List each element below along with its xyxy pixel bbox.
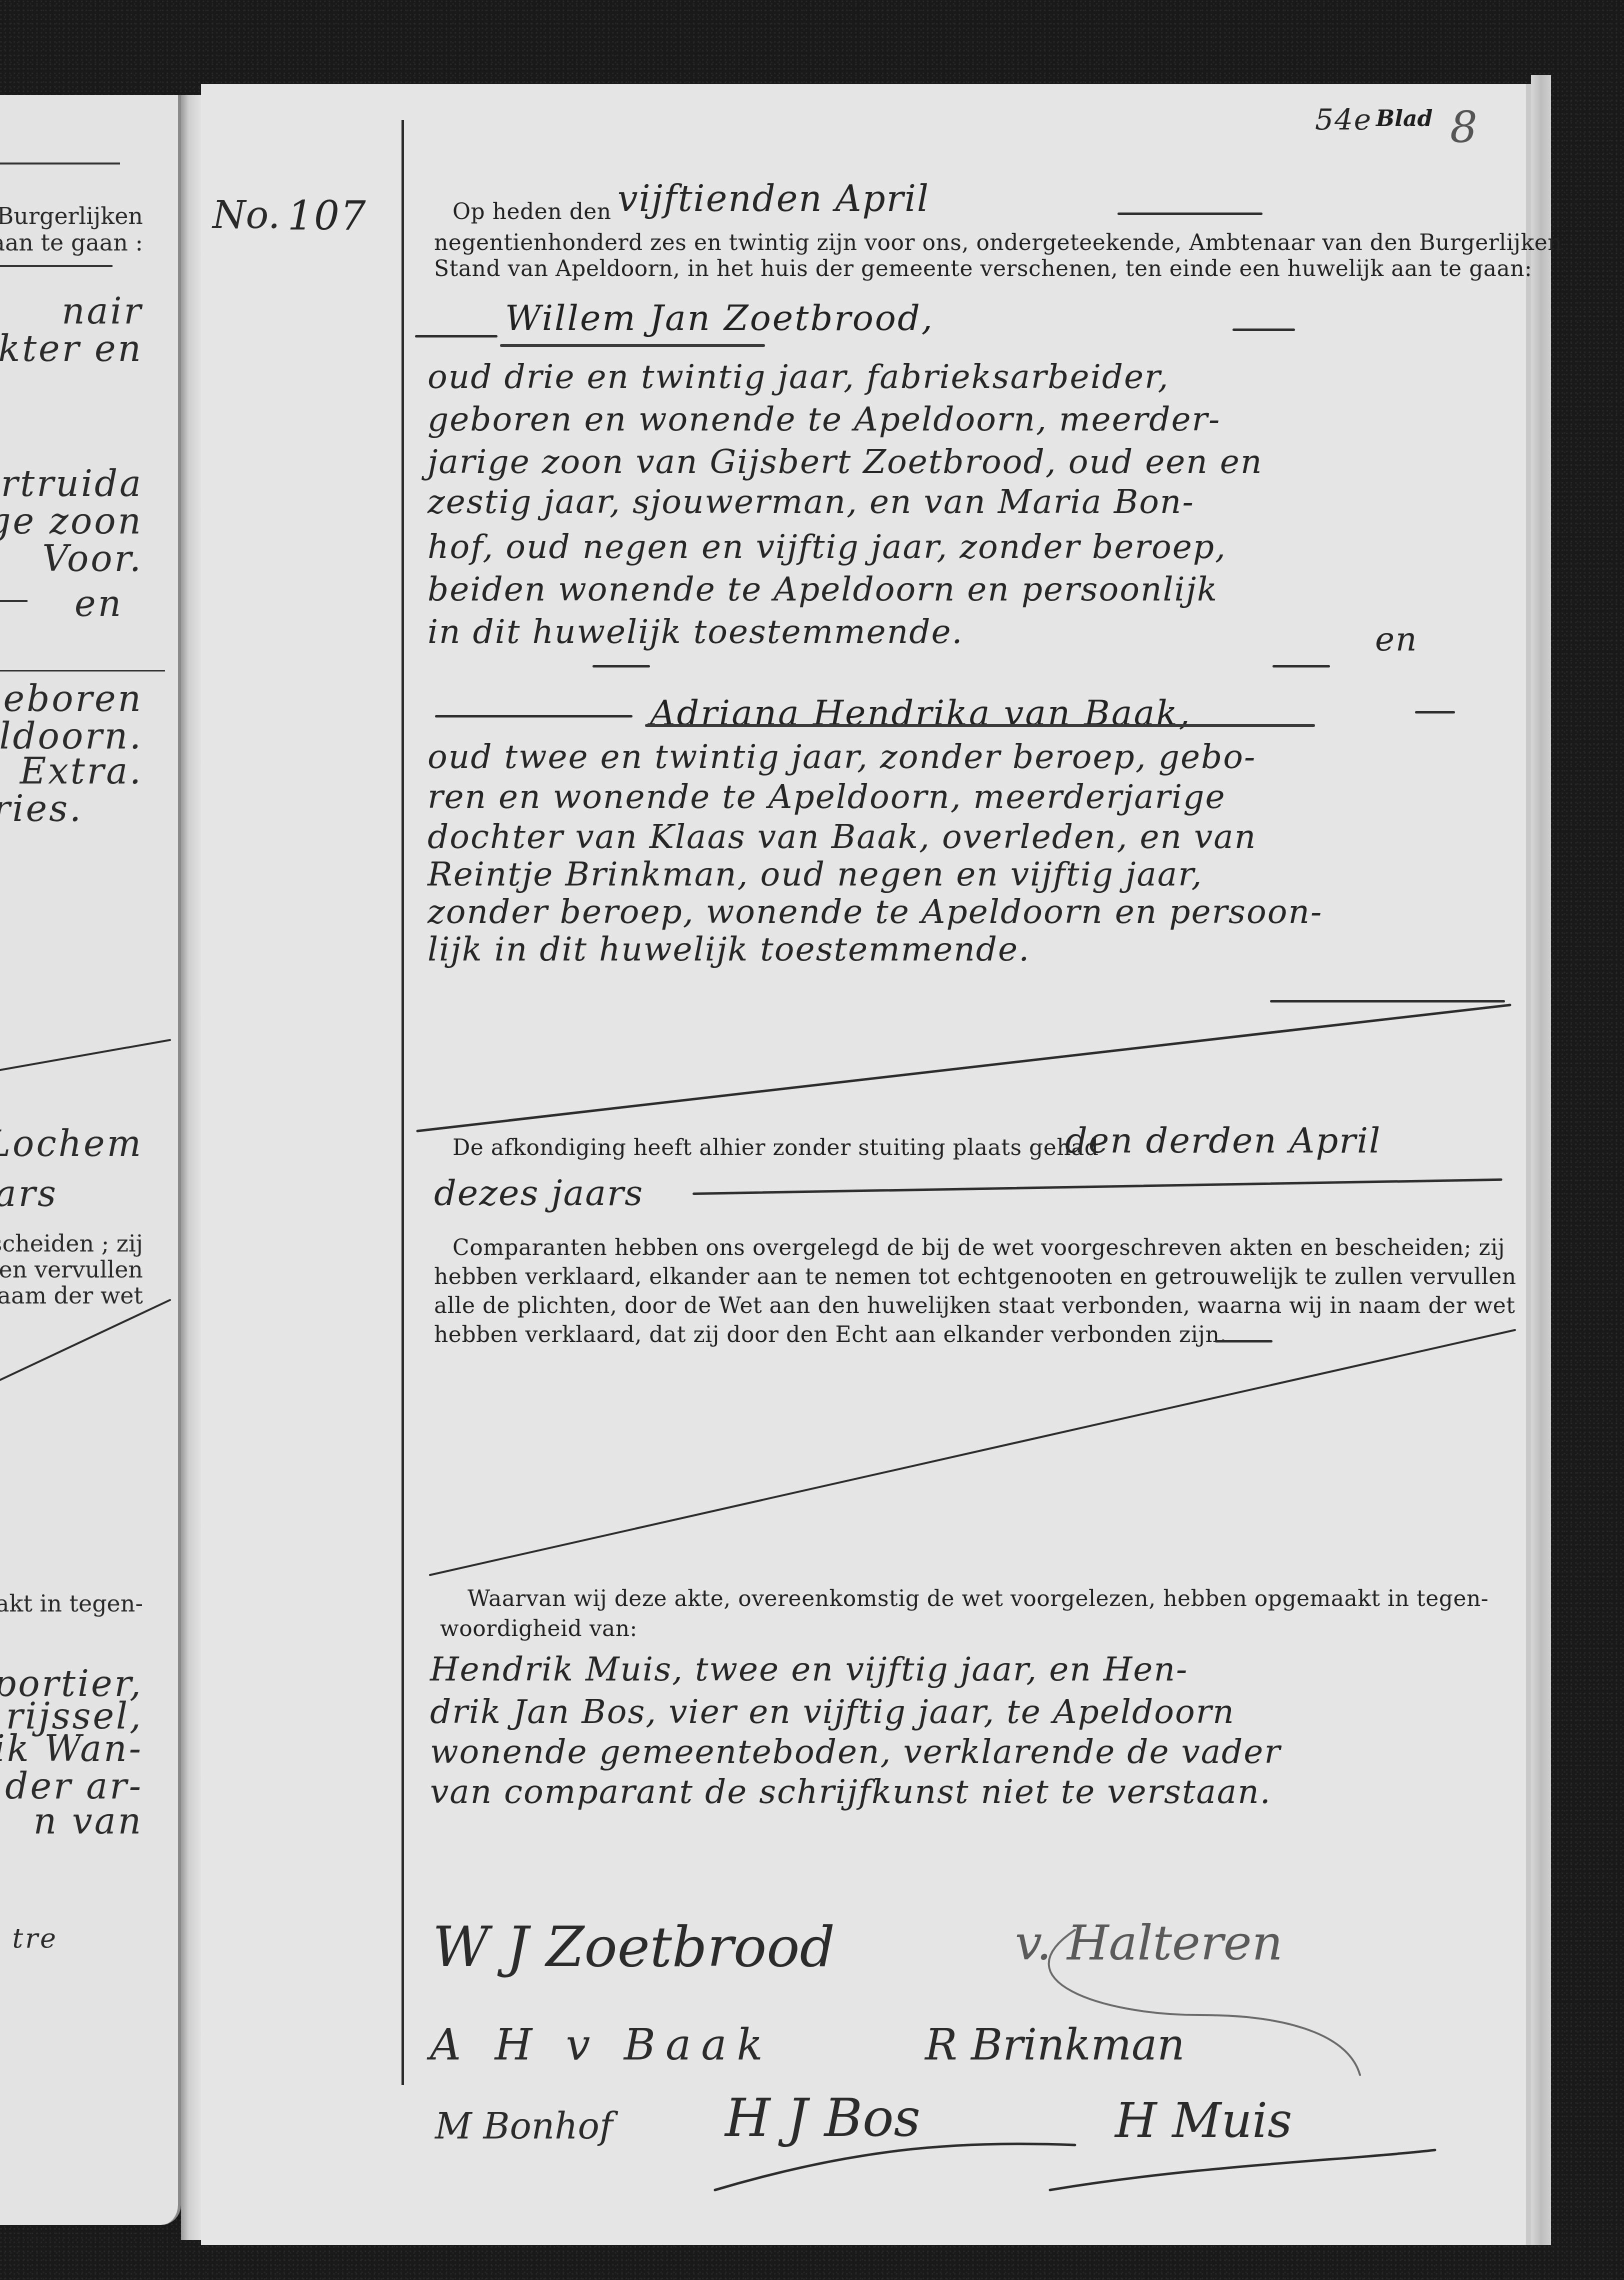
left-hand-fragment: nair bbox=[61, 290, 143, 332]
witness-details: van comparant de schrijfkunst niet te ve… bbox=[430, 1772, 1271, 1811]
record-number: 107 bbox=[287, 192, 367, 239]
signature-groom: W J Zoetbrood bbox=[432, 1915, 835, 1979]
bride-details: Reintje Brinkman, oud negen en vijftig j… bbox=[427, 855, 1202, 893]
left-hand-fragment: ries. bbox=[0, 787, 83, 829]
bride-details: oud twee en twintig jaar, zonder beroep,… bbox=[427, 737, 1256, 776]
signature-bride-mother: R Brinkman bbox=[925, 2020, 1185, 2070]
groom-details: geboren en wonende te Apeldoorn, meerder… bbox=[427, 400, 1220, 438]
divider bbox=[0, 600, 27, 602]
left-hand-fragment: ige zoon bbox=[0, 500, 143, 542]
left-print-fragment: aakt in tegen- bbox=[0, 1590, 143, 1617]
groom-details: oud drie en twintig jaar, fabrieksarbeid… bbox=[427, 357, 1169, 396]
signature-bride: A H v Baak bbox=[430, 2020, 773, 2070]
fill-line bbox=[1270, 1000, 1505, 1002]
groom-details: in dit huwelijk toestemmende. bbox=[427, 612, 963, 651]
bride-details: zonder beroep, wonende te Apeldoorn en p… bbox=[427, 892, 1322, 931]
witness-intro: Waarvan wij deze akte, overeenkomstig de… bbox=[467, 1586, 1488, 1611]
left-hand-fragment: ertruida bbox=[0, 462, 143, 504]
page-label: Blad bbox=[1376, 106, 1432, 131]
intro-text: Stand van Apeldoorn, in het huis der gem… bbox=[434, 256, 1532, 281]
left-print-fragment: llen vervullen bbox=[0, 1256, 143, 1283]
left-hand-fragment: n van bbox=[33, 1800, 143, 1842]
intro-text: Op heden den bbox=[452, 199, 611, 224]
left-print-fragment: bescheiden ; zij bbox=[0, 1230, 143, 1257]
declaration-text: hebben verklaard, elkander aan te nemen … bbox=[434, 1264, 1516, 1289]
left-hand-fragment: ars bbox=[0, 1172, 58, 1214]
book-spine bbox=[181, 95, 201, 2240]
left-hand-fragment: tre bbox=[12, 1922, 58, 1954]
left-hand-fragment: rik Wan- bbox=[0, 1727, 143, 1769]
left-print-fragment: naam der wet bbox=[0, 1282, 143, 1309]
declaration-text: alle de plichten, door de Wet aan den hu… bbox=[434, 1293, 1515, 1318]
fill-line bbox=[1117, 212, 1262, 215]
margin-rule bbox=[401, 120, 404, 2085]
page-edges bbox=[1531, 75, 1551, 2245]
record-number-label: No. bbox=[212, 192, 280, 237]
marriage-date: vijftienden April bbox=[617, 177, 929, 219]
divider bbox=[0, 265, 112, 267]
signature-official: v. Halteren bbox=[1015, 1915, 1282, 1971]
left-print-fragment: n Burgerlijken bbox=[0, 202, 143, 229]
witness-intro: woordigheid van: bbox=[440, 1616, 637, 1641]
bride-details: ren en wonende te Apeldoorn, meerderjari… bbox=[427, 777, 1226, 816]
fill-line bbox=[1272, 665, 1330, 667]
intro-text: negentienhonderd zes en twintig zijn voo… bbox=[434, 230, 1562, 255]
divider bbox=[0, 670, 165, 671]
groom-name: Willem Jan Zoetbrood, bbox=[505, 297, 934, 338]
page-number: 54e bbox=[1315, 102, 1372, 136]
connector-en: en bbox=[1375, 620, 1418, 658]
signature-groom-mother: M Bonhof bbox=[435, 2105, 613, 2147]
proclamation-year: dezes jaars bbox=[434, 1172, 643, 1213]
witness-details: wonende gemeenteboden, verklarende de va… bbox=[430, 1732, 1281, 1771]
groom-details: zestig jaar, sjouwerman, en van Maria Bo… bbox=[427, 482, 1194, 521]
signature-witness-muis: H Muis bbox=[1115, 2092, 1292, 2148]
left-print-fragment: aan te gaan : bbox=[0, 229, 143, 256]
fill-line bbox=[435, 715, 632, 717]
bride-name: Adriana Hendrika van Baak, bbox=[650, 692, 1191, 733]
proclamation-date: den derden April bbox=[1065, 1120, 1381, 1161]
groom-details: jarige zoon van Gijsbert Zoetbrood, oud … bbox=[427, 442, 1262, 481]
fill-line bbox=[415, 335, 497, 337]
declaration-text: Comparanten hebben ons overgelegd de bij… bbox=[452, 1235, 1505, 1260]
proclamation-text: De afkondiging heeft alhier zonder stuit… bbox=[452, 1135, 1098, 1160]
declaration-text: hebben verklaard, dat zij door den Echt … bbox=[434, 1322, 1227, 1347]
groom-details: hof, oud negen en vijftig jaar, zonder b… bbox=[427, 527, 1226, 566]
fill-line bbox=[592, 665, 650, 667]
name-underline bbox=[500, 344, 765, 347]
fill-line bbox=[1215, 1340, 1272, 1342]
left-hand-fragment: en bbox=[74, 582, 123, 624]
groom-details: beiden wonende te Apeldoorn en persoonli… bbox=[427, 570, 1218, 608]
name-underline bbox=[645, 724, 1315, 727]
left-hand-fragment: Lochem bbox=[0, 1122, 143, 1164]
left-page-fragment: n Burgerlijken aan te gaan : nair kter e… bbox=[0, 95, 181, 2225]
fill-line bbox=[1415, 711, 1455, 713]
page-mark: 8 bbox=[1450, 102, 1478, 152]
left-hand-fragment: geboren bbox=[0, 677, 143, 719]
bride-details: lijk in dit huwelijk toestemmende. bbox=[427, 930, 1030, 968]
left-hand-fragment: Voor. bbox=[42, 537, 143, 579]
fill-line bbox=[1232, 328, 1295, 331]
signature-witness-bos: H J Bos bbox=[725, 2087, 920, 2148]
left-hand-fragment: kter en bbox=[0, 327, 143, 369]
left-hand-fragment: Extra. bbox=[20, 750, 143, 792]
bride-details: dochter van Klaas van Baak, overleden, e… bbox=[427, 817, 1256, 856]
divider bbox=[0, 162, 120, 164]
witness-details: drik Jan Bos, vier en vijftig jaar, te A… bbox=[430, 1692, 1235, 1731]
witness-details: Hendrik Muis, twee en vijftig jaar, en H… bbox=[430, 1650, 1188, 1688]
